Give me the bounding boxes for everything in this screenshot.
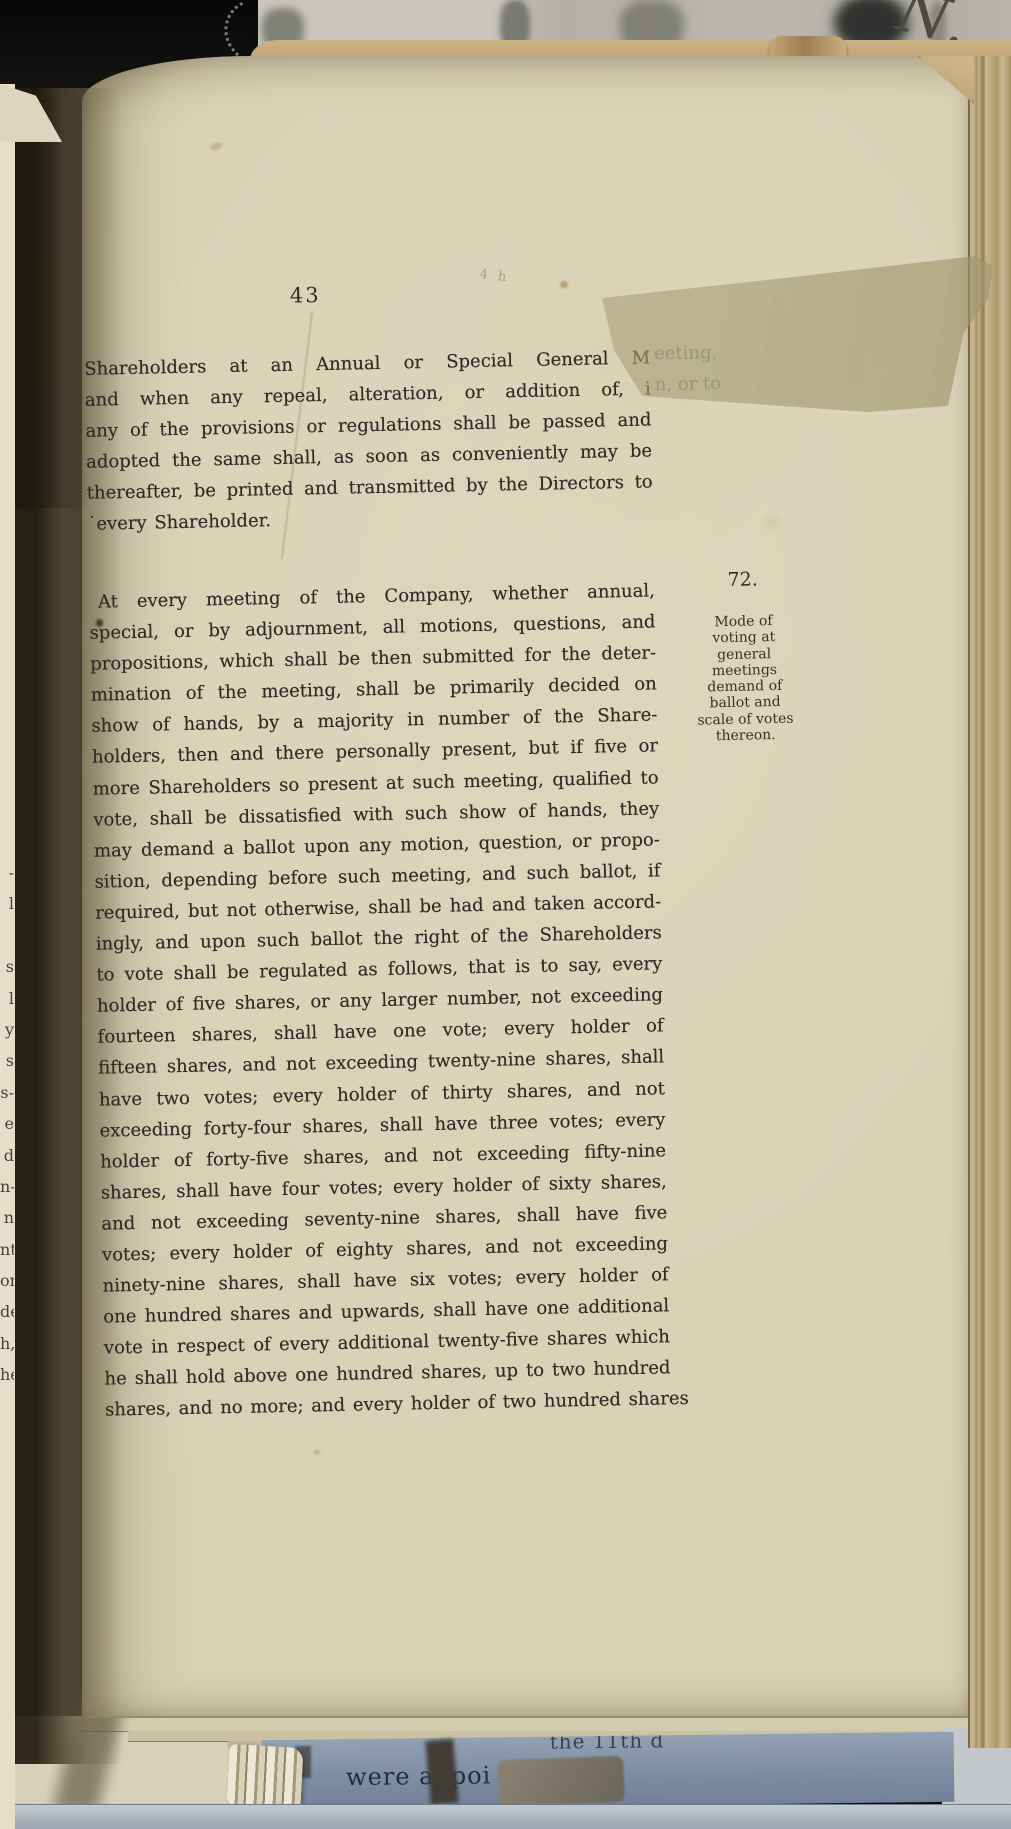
foxing-spot	[314, 1450, 320, 1455]
margin-note-line: thereon.	[685, 726, 807, 745]
pencil-mark: 4 h	[479, 267, 510, 285]
foxing-spot	[560, 281, 568, 288]
foxing-spot	[764, 516, 780, 528]
margin-clause-number: 72.	[683, 567, 801, 591]
page-number: 43	[290, 283, 321, 308]
margin-note-line: scale of votes	[684, 710, 806, 729]
margin-note: Mode ofvoting atgeneralmeetingsdemand of…	[682, 612, 807, 745]
paragraph-clause-72: At every meeting of the Company, whether…	[89, 575, 672, 1426]
paragraph-continuation: eeting, n, or to Shareholders at an Annu…	[84, 342, 654, 540]
ink-blot	[96, 619, 103, 627]
